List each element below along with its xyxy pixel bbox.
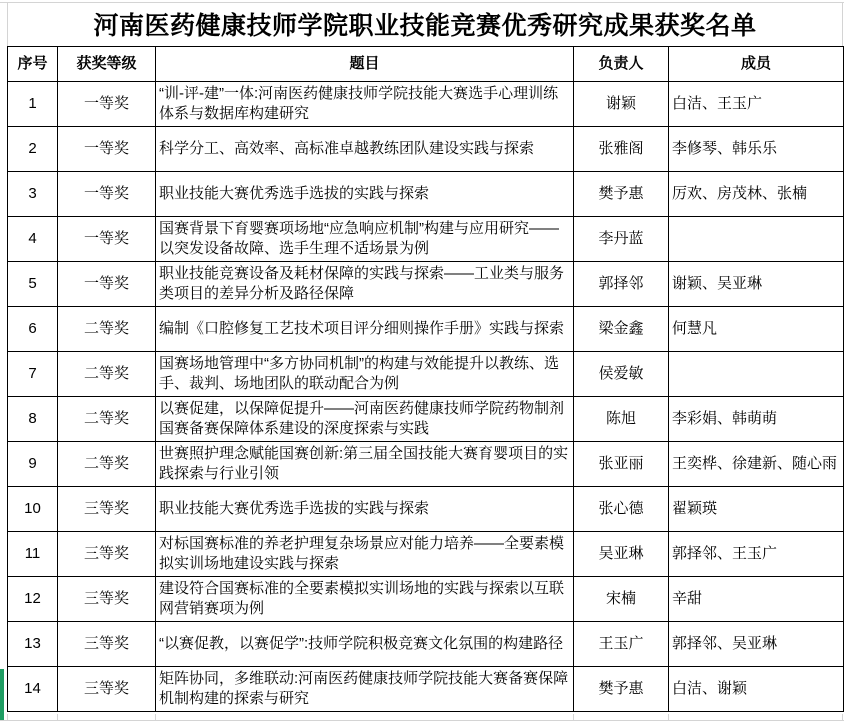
cell-title: “训-评-建”一体:河南医药健康技师学院技能大赛选手心理训练体系与数据库构建研究 [156, 82, 574, 127]
table-row: 10 三等奖 职业技能大赛优秀选手选拔的实践与探索 张心德 翟颖瑛 [8, 487, 844, 532]
cell-title: 职业技能大赛优秀选手选拔的实践与探索 [156, 487, 574, 532]
cell-award-level: 一等奖 [58, 217, 156, 262]
cell-leader: 谢颖 [574, 82, 669, 127]
cell-award-level: 一等奖 [58, 82, 156, 127]
cell-members: 郭择邻、吴亚琳 [669, 622, 844, 667]
cell-no: 13 [8, 622, 58, 667]
cell-leader: 宋楠 [574, 577, 669, 622]
cell-title: 科学分工、高效率、高标准卓越教练团队建设实践与探索 [156, 127, 574, 172]
cell-no: 5 [8, 262, 58, 307]
table-row: 6 二等奖 编制《口腔修复工艺技术项目评分细则操作手册》实践与探索 梁金鑫 何慧… [8, 307, 844, 352]
cell-leader: 樊予惠 [574, 172, 669, 217]
row-marker-green [0, 669, 4, 720]
table-row: 5 一等奖 职业技能竞赛设备及耗材保障的实践与探索——工业类与服务类项目的差异分… [8, 262, 844, 307]
cell-no: 6 [8, 307, 58, 352]
cell-title: 对标国赛标准的养老护理复杂场景应对能力培养——全要素模拟实训场地建设实践与探索 [156, 532, 574, 577]
header-cell-title: 题目 [156, 47, 574, 82]
table-body: 1 一等奖 “训-评-建”一体:河南医药健康技师学院技能大赛选手心理训练体系与数… [8, 82, 844, 712]
cell-award-level: 二等奖 [58, 397, 156, 442]
cell-award-level: 三等奖 [58, 487, 156, 532]
table-row: 14 三等奖 矩阵协同，多维联动:河南医药健康技师学院技能大赛备赛保障机制构建的… [8, 667, 844, 712]
cell-members: 白洁、王玉广 [669, 82, 844, 127]
cell-leader: 吴亚琳 [574, 532, 669, 577]
cell-members: 辛甜 [669, 577, 844, 622]
cell-no: 4 [8, 217, 58, 262]
cell-no: 11 [8, 532, 58, 577]
cell-leader: 侯爱敏 [574, 352, 669, 397]
cell-title: 国赛场地管理中“多方协同机制”的构建与效能提升以教练、选手、裁判、场地团队的联动… [156, 352, 574, 397]
cell-members [669, 217, 844, 262]
table-row: 2 一等奖 科学分工、高效率、高标准卓越教练团队建设实践与探索 张雅阁 李修琴、… [8, 127, 844, 172]
sheet-gridline-stub [155, 714, 156, 720]
table-row: 4 一等奖 国赛背景下育婴赛项场地“应急响应机制”构建与应用研究——以突发设备故… [8, 217, 844, 262]
cell-members: 李修琴、韩乐乐 [669, 127, 844, 172]
awards-sheet: 河南医药健康技师学院职业技能竞赛优秀研究成果获奖名单 序号 获奖等级 题目 负责… [7, 2, 843, 712]
header-cell-level: 获奖等级 [58, 47, 156, 82]
sheet-gridline-bottom [0, 720, 844, 721]
cell-title: 职业技能竞赛设备及耗材保障的实践与探索——工业类与服务类项目的差异分析及路径保障 [156, 262, 574, 307]
cell-title: “以赛促教，以赛促学”:技师学院积极竞赛文化氛围的构建路径 [156, 622, 574, 667]
cell-members: 李彩娟、韩萌萌 [669, 397, 844, 442]
header-cell-leader: 负责人 [574, 47, 669, 82]
cell-no: 8 [8, 397, 58, 442]
cell-no: 2 [8, 127, 58, 172]
cell-no: 14 [8, 667, 58, 712]
cell-award-level: 一等奖 [58, 172, 156, 217]
cell-leader: 樊予惠 [574, 667, 669, 712]
table-row: 9 二等奖 世赛照护理念赋能国赛创新:第三届全国技能大赛育婴项目的实践探索与行业… [8, 442, 844, 487]
sheet-gridline-stub [842, 714, 843, 720]
cell-title: 国赛背景下育婴赛项场地“应急响应机制”构建与应用研究——以突发设备故障、选手生理… [156, 217, 574, 262]
sheet-gridline-stub [573, 714, 574, 720]
cell-award-level: 三等奖 [58, 532, 156, 577]
sheet-gridline-stub [668, 714, 669, 720]
sheet-gridline-stub [57, 714, 58, 720]
cell-award-level: 二等奖 [58, 352, 156, 397]
cell-title: 以赛促建，以保障促提升——河南医药健康技师学院药物制剂国赛备赛保障体系建设的深度… [156, 397, 574, 442]
cell-award-level: 二等奖 [58, 442, 156, 487]
cell-leader: 梁金鑫 [574, 307, 669, 352]
cell-members: 谢颖、吴亚琳 [669, 262, 844, 307]
cell-title: 世赛照护理念赋能国赛创新:第三届全国技能大赛育婴项目的实践探索与行业引领 [156, 442, 574, 487]
cell-members: 翟颖瑛 [669, 487, 844, 532]
cell-award-level: 二等奖 [58, 307, 156, 352]
cell-no: 3 [8, 172, 58, 217]
cell-leader: 张心德 [574, 487, 669, 532]
cell-no: 7 [8, 352, 58, 397]
cell-members: 何慧凡 [669, 307, 844, 352]
cell-title: 建设符合国赛标准的全要素模拟实训场地的实践与探索以互联网营销赛项为例 [156, 577, 574, 622]
cell-members: 白洁、谢颖 [669, 667, 844, 712]
table-row: 11 三等奖 对标国赛标准的养老护理复杂场景应对能力培养——全要素模拟实训场地建… [8, 532, 844, 577]
cell-no: 12 [8, 577, 58, 622]
table-row: 12 三等奖 建设符合国赛标准的全要素模拟实训场地的实践与探索以互联网营销赛项为… [8, 577, 844, 622]
cell-no: 10 [8, 487, 58, 532]
cell-no: 1 [8, 82, 58, 127]
cell-members: 厉欢、房茂林、张楠 [669, 172, 844, 217]
cell-leader: 张雅阁 [574, 127, 669, 172]
awards-table: 序号 获奖等级 题目 负责人 成员 1 一等奖 “训-评-建”一体:河南医药健康… [7, 46, 844, 712]
page-title: 河南医药健康技师学院职业技能竞赛优秀研究成果获奖名单 [7, 2, 843, 46]
cell-leader: 李丹蓝 [574, 217, 669, 262]
header-row: 序号 获奖等级 题目 负责人 成员 [8, 47, 844, 82]
sheet-gridline-stub [7, 714, 8, 720]
cell-award-level: 三等奖 [58, 577, 156, 622]
cell-members [669, 352, 844, 397]
table-row: 3 一等奖 职业技能大赛优秀选手选拔的实践与探索 樊予惠 厉欢、房茂林、张楠 [8, 172, 844, 217]
cell-title: 编制《口腔修复工艺技术项目评分细则操作手册》实践与探索 [156, 307, 574, 352]
cell-leader: 王玉广 [574, 622, 669, 667]
cell-award-level: 三等奖 [58, 667, 156, 712]
cell-leader: 郭择邻 [574, 262, 669, 307]
table-row: 13 三等奖 “以赛促教，以赛促学”:技师学院积极竞赛文化氛围的构建路径 王玉广… [8, 622, 844, 667]
header-cell-no: 序号 [8, 47, 58, 82]
table-row: 8 二等奖 以赛促建，以保障促提升——河南医药健康技师学院药物制剂国赛备赛保障体… [8, 397, 844, 442]
table-row: 7 二等奖 国赛场地管理中“多方协同机制”的构建与效能提升以教练、选手、裁判、场… [8, 352, 844, 397]
cell-members: 王奕桦、徐建新、随心雨 [669, 442, 844, 487]
cell-title: 矩阵协同，多维联动:河南医药健康技师学院技能大赛备赛保障机制构建的探索与研究 [156, 667, 574, 712]
cell-award-level: 一等奖 [58, 127, 156, 172]
cell-award-level: 三等奖 [58, 622, 156, 667]
cell-leader: 陈旭 [574, 397, 669, 442]
cell-no: 9 [8, 442, 58, 487]
cell-title: 职业技能大赛优秀选手选拔的实践与探索 [156, 172, 574, 217]
cell-leader: 张亚丽 [574, 442, 669, 487]
header-cell-members: 成员 [669, 47, 844, 82]
cell-members: 郭择邻、王玉广 [669, 532, 844, 577]
table-row: 1 一等奖 “训-评-建”一体:河南医药健康技师学院技能大赛选手心理训练体系与数… [8, 82, 844, 127]
cell-award-level: 一等奖 [58, 262, 156, 307]
